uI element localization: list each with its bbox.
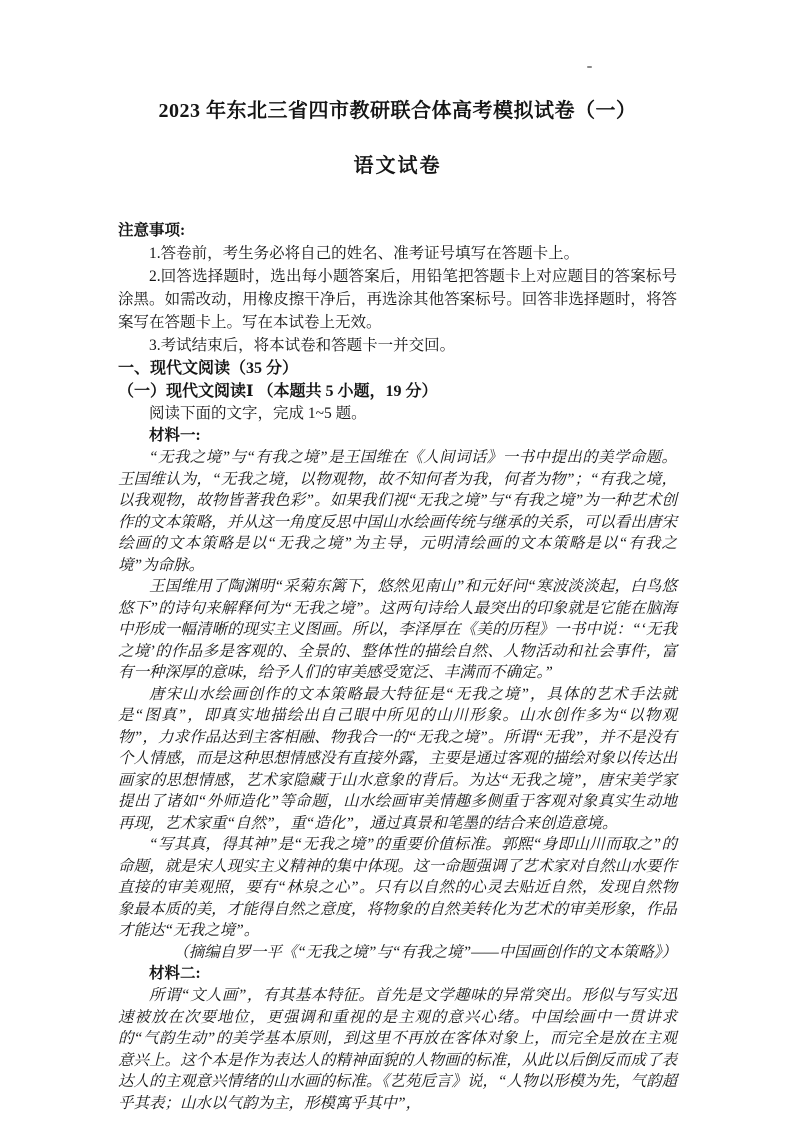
section-heading: 一、现代文阅读（35 分）: [118, 357, 677, 380]
notice-item-3: 3.考试结束后，将本试卷和答题卡一并交回。: [118, 334, 677, 357]
material-two-paragraph-1: 所谓“文人画”，有其基本特征。首先是文学趣味的异常突出。形似与写实迅速被放在次要…: [118, 985, 677, 1114]
exam-title: 2023 年东北三省四市教研联合体高考模拟试卷（一）: [118, 98, 677, 125]
material-one: 材料一: “无我之境”与“有我之境”是王国维在《人间词话》一书中提出的美学命题。…: [118, 425, 677, 963]
scan-artifact-mark: [587, 66, 592, 68]
material-one-attribution: （摘编自罗一平《“无我之境”与“有我之境”——中国画创作的文本策略》）: [118, 942, 677, 964]
reading-instruction: 阅读下面的文字，完成 1~5 题。: [118, 403, 677, 425]
section-one-modern-reading: 一、现代文阅读（35 分） （一）现代文阅读Ⅰ （本题共 5 小题，19 分） …: [118, 357, 677, 1114]
notice-item-1: 1.答卷前，考生务必将自己的姓名、准考证号填写在答题卡上。: [118, 242, 677, 265]
material-one-paragraph-4: “写其真，得其神”是“无我之境”的重要价值标准。郭熙“身即山川而取之”的命题，就…: [118, 834, 677, 942]
notice-item-2: 2.回答选择题时，选出每小题答案后，用铅笔把答题卡上对应题目的答案标号涂黑。如需…: [118, 265, 677, 334]
material-two-label: 材料二:: [118, 963, 677, 985]
subsection-heading: （一）现代文阅读Ⅰ （本题共 5 小题，19 分）: [118, 380, 677, 403]
material-one-paragraph-2: 王国维用了陶渊明“采菊东篱下，悠然见南山”和元好问“寒波淡淡起，白鸟悠悠下”的诗…: [118, 576, 677, 684]
material-two: 材料二: 所谓“文人画”，有其基本特征。首先是文学趣味的异常突出。形似与写实迅速…: [118, 963, 677, 1114]
exam-paper-page: 2023 年东北三省四市教研联合体高考模拟试卷（一） 语文试卷 注意事项: 1.…: [0, 0, 793, 1122]
notice-section: 注意事项: 1.答卷前，考生务必将自己的姓名、准考证号填写在答题卡上。 2.回答…: [118, 220, 677, 357]
material-one-paragraph-3: 唐宋山水绘画创作的文本策略最大特征是“无我之境”，具体的艺术手法就是“图真”，即…: [118, 684, 677, 835]
page-content: 2023 年东北三省四市教研联合体高考模拟试卷（一） 语文试卷 注意事项: 1.…: [0, 0, 793, 1114]
material-one-paragraph-1: “无我之境”与“有我之境”是王国维在《人间词话》一书中提出的美学命题。王国维认为…: [118, 447, 677, 576]
material-one-label: 材料一:: [118, 425, 677, 447]
notice-heading: 注意事项:: [118, 220, 677, 242]
subject-title: 语文试卷: [118, 153, 677, 180]
